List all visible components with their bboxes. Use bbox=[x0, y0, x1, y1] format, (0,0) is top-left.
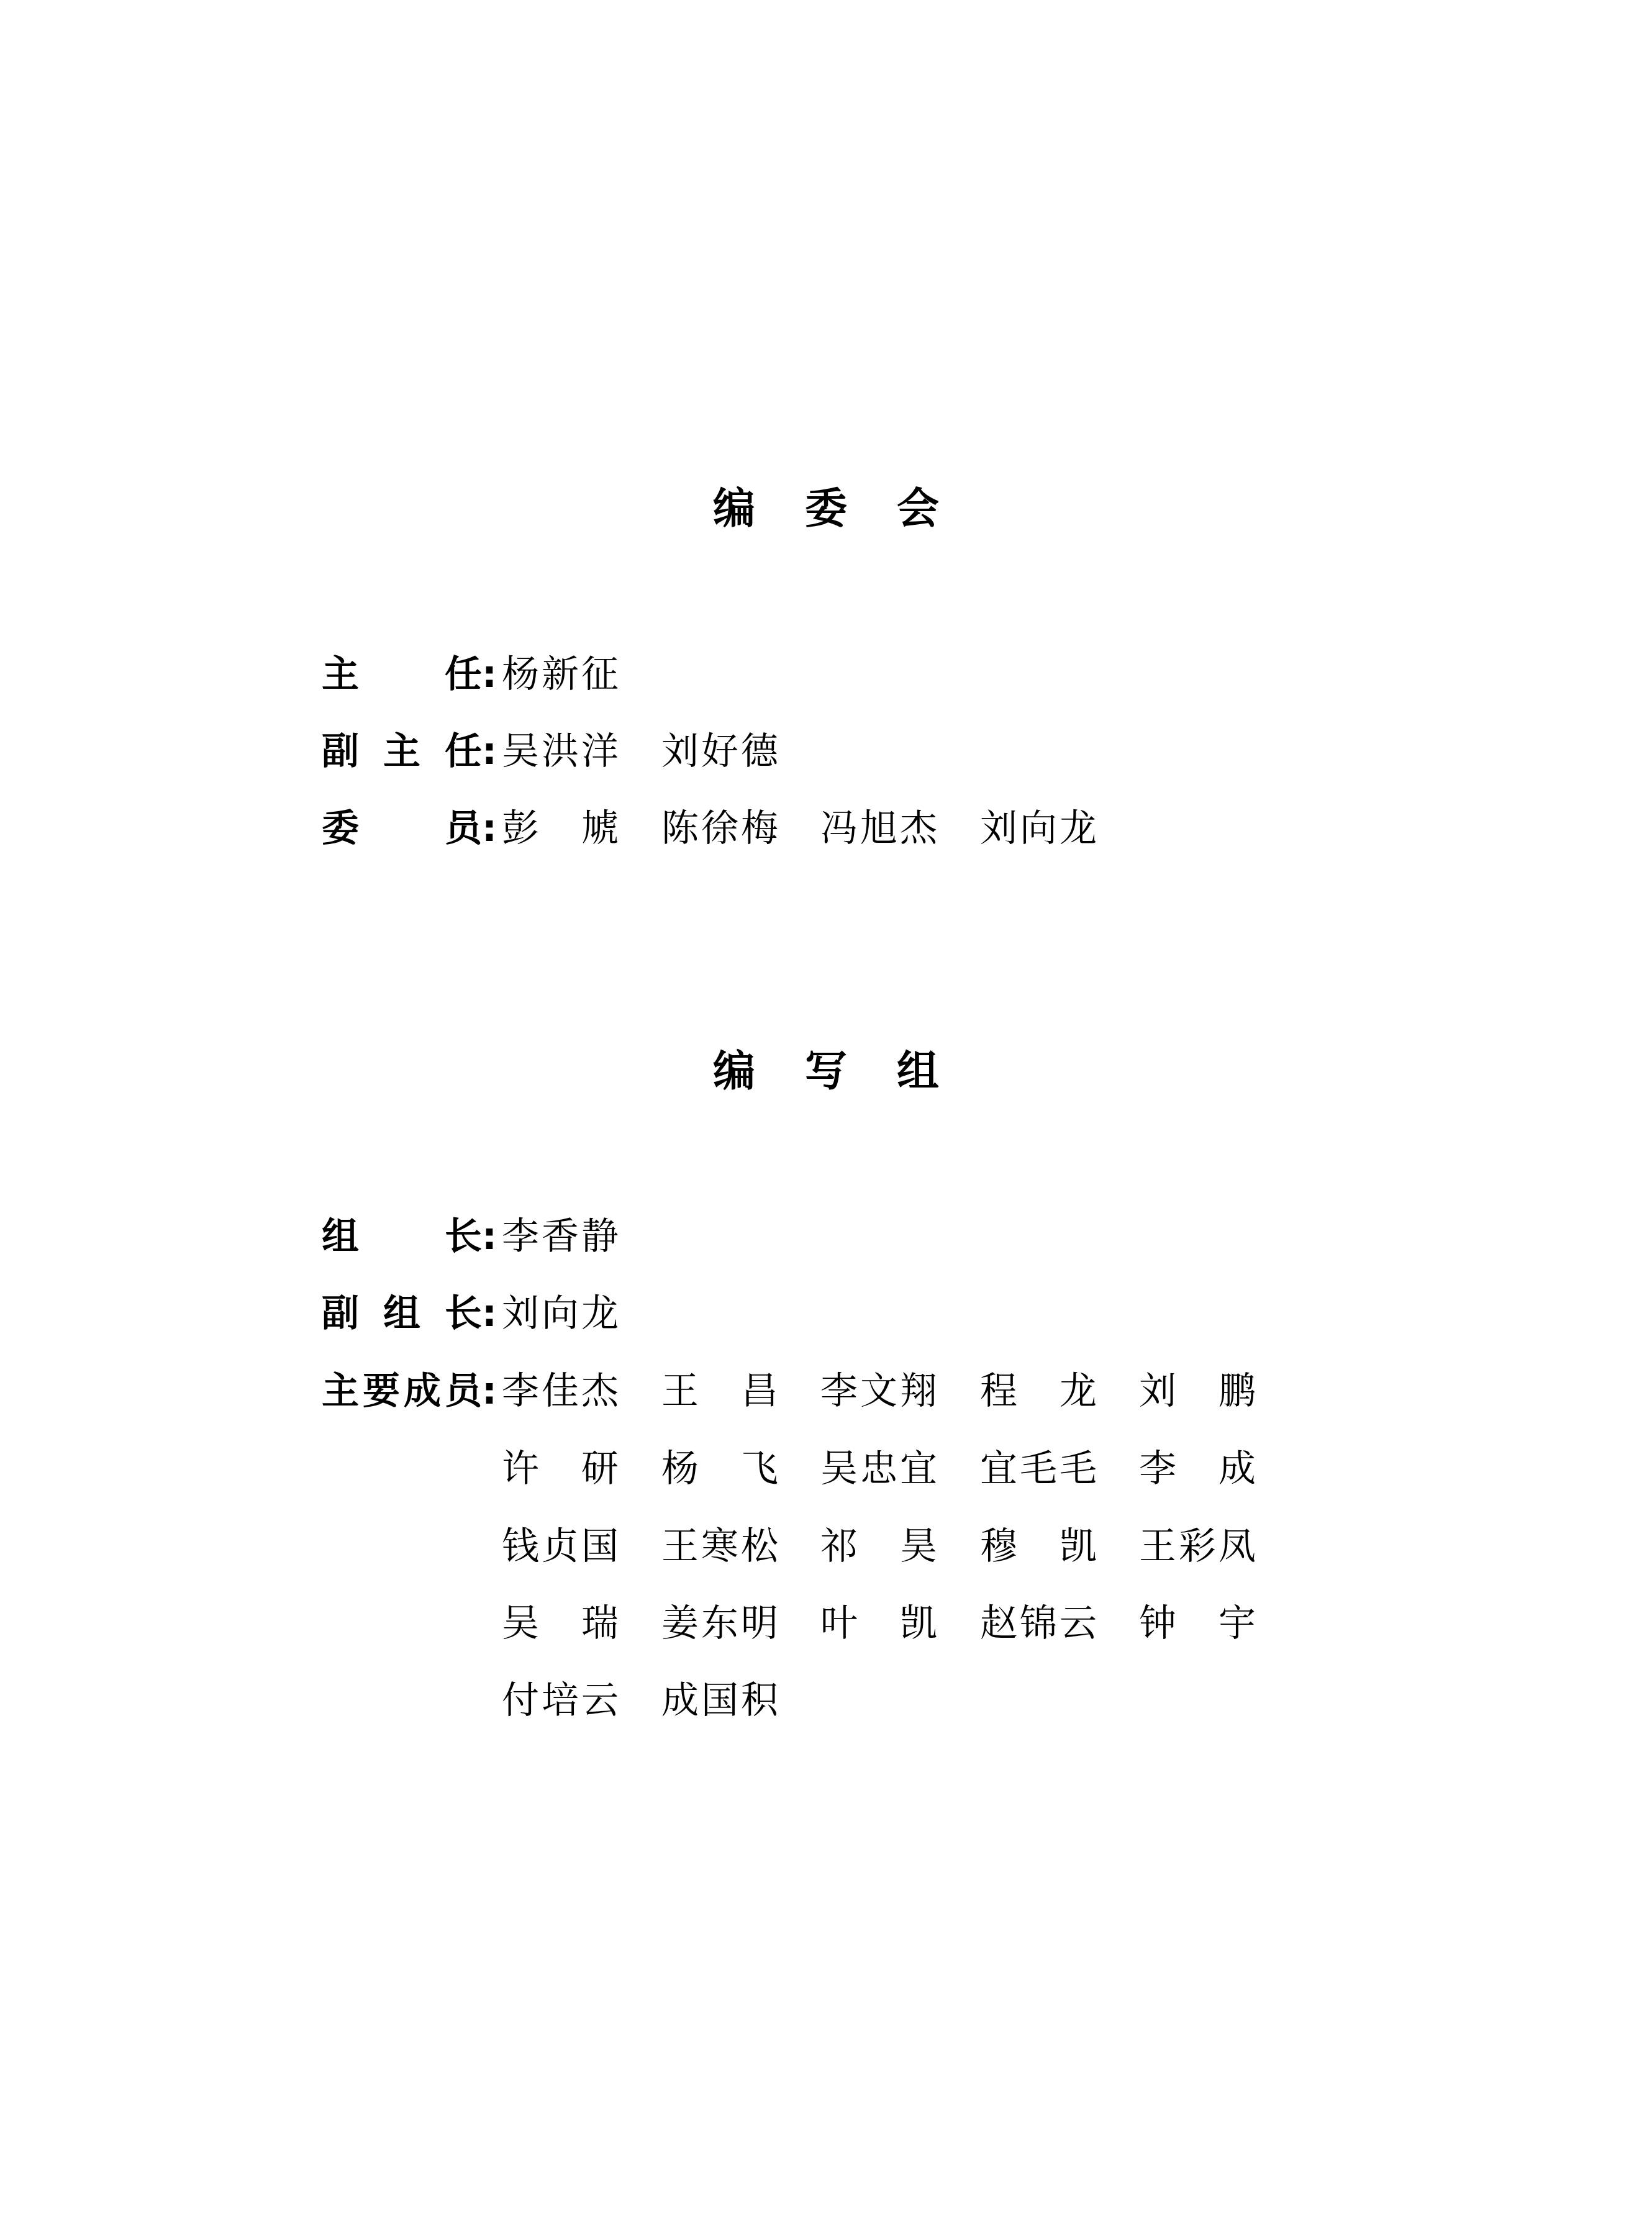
name-char: 杨 bbox=[660, 1446, 700, 1491]
label-char: 要 bbox=[362, 1369, 401, 1414]
person-name: 姜 东 明 bbox=[660, 1601, 779, 1646]
name-char: 昊 bbox=[899, 1524, 938, 1569]
name-char: 松 bbox=[740, 1524, 779, 1569]
name-char: 向 bbox=[1019, 806, 1058, 851]
person-name: 赵 锦 云 bbox=[979, 1601, 1098, 1646]
name-char bbox=[700, 1369, 740, 1414]
label-char: 主 bbox=[383, 729, 421, 774]
name-char bbox=[1178, 1369, 1217, 1414]
name-char: 成 bbox=[660, 1678, 700, 1723]
title-char: 委 bbox=[804, 484, 848, 534]
name-char: 李 bbox=[1138, 1446, 1178, 1491]
person-name: 钟 宇 bbox=[1138, 1601, 1257, 1646]
name-char: 刘 bbox=[660, 729, 700, 774]
name-char: 杰 bbox=[899, 806, 938, 851]
name-char: 许 bbox=[501, 1446, 540, 1491]
name-char bbox=[1178, 1446, 1217, 1491]
person-name: 彭 虓 bbox=[501, 806, 620, 851]
title-char: 组 bbox=[896, 1047, 940, 1097]
person-name: 刘 向 龙 bbox=[979, 806, 1098, 851]
name-char: 洋 bbox=[580, 729, 620, 774]
name-char: 成 bbox=[1217, 1446, 1257, 1491]
name-char: 征 bbox=[580, 652, 620, 697]
title-char: 会 bbox=[896, 484, 940, 534]
label-colon: : bbox=[481, 1214, 497, 1259]
name-char: 赵 bbox=[979, 1601, 1019, 1646]
person-name: 成 国 积 bbox=[660, 1678, 779, 1723]
name-char: 瑞 bbox=[580, 1601, 620, 1646]
person-name: 程 龙 bbox=[979, 1369, 1098, 1414]
name-char: 虓 bbox=[580, 806, 620, 851]
name-char: 佳 bbox=[540, 1369, 580, 1414]
name-char: 梅 bbox=[740, 806, 779, 851]
label-char: 主 bbox=[321, 1369, 360, 1414]
name-char: 李 bbox=[501, 1369, 540, 1414]
name-char: 叶 bbox=[819, 1601, 859, 1646]
name-char: 付 bbox=[501, 1678, 540, 1723]
person-name: 吴 忠 宜 bbox=[819, 1446, 938, 1491]
name-char: 明 bbox=[740, 1601, 779, 1646]
editorial-committee-title: 编委会 bbox=[0, 484, 1652, 534]
role-label: 组 长 bbox=[321, 1214, 483, 1259]
name-char bbox=[1019, 1524, 1058, 1569]
name-char: 杨 bbox=[501, 652, 540, 697]
name-char bbox=[1178, 1601, 1217, 1646]
name-char: 龙 bbox=[580, 1291, 620, 1336]
name-char: 文 bbox=[859, 1369, 899, 1414]
name-char: 宇 bbox=[1217, 1601, 1257, 1646]
name-char: 穆 bbox=[979, 1524, 1019, 1569]
name-char: 吴 bbox=[501, 729, 540, 774]
person-name: 李 成 bbox=[1138, 1446, 1257, 1491]
name-char: 静 bbox=[580, 1214, 620, 1259]
label-char: 组 bbox=[321, 1214, 360, 1259]
name-char: 吴 bbox=[819, 1446, 859, 1491]
person-name: 吴 瑞 bbox=[501, 1601, 620, 1646]
name-char: 飞 bbox=[740, 1446, 779, 1491]
name-char: 刘 bbox=[501, 1291, 540, 1336]
name-char: 李 bbox=[819, 1369, 859, 1414]
person-name: 刘 好 德 bbox=[660, 729, 779, 774]
name-char: 寒 bbox=[700, 1524, 740, 1569]
name-char: 新 bbox=[540, 652, 580, 697]
label-char: 副 bbox=[321, 729, 360, 774]
name-char: 鹏 bbox=[1217, 1369, 1257, 1414]
label-char: 主 bbox=[321, 652, 360, 697]
label-colon: : bbox=[481, 1369, 497, 1414]
name-char: 锦 bbox=[1019, 1601, 1058, 1646]
name-char bbox=[540, 1446, 580, 1491]
name-char: 昌 bbox=[740, 1369, 779, 1414]
label-char: 委 bbox=[321, 806, 360, 851]
label-char: 组 bbox=[383, 1291, 421, 1336]
person-name: 刘 鹏 bbox=[1138, 1369, 1257, 1414]
name-char: 宜 bbox=[899, 1446, 938, 1491]
label-char: 长 bbox=[444, 1214, 483, 1259]
person-name: 冯 旭 杰 bbox=[819, 806, 938, 851]
person-name: 李 文 翔 bbox=[819, 1369, 938, 1414]
name-char: 李 bbox=[501, 1214, 540, 1259]
role-label: 副 组 长 bbox=[321, 1291, 483, 1336]
name-char: 龙 bbox=[1058, 1369, 1098, 1414]
name-char: 凤 bbox=[1217, 1524, 1257, 1569]
name-char: 毛 bbox=[1019, 1446, 1058, 1491]
name-char: 国 bbox=[700, 1678, 740, 1723]
name-char: 杰 bbox=[580, 1369, 620, 1414]
name-char: 冯 bbox=[819, 806, 859, 851]
role-label: 委 员 bbox=[321, 806, 483, 851]
person-name: 李 香 静 bbox=[501, 1214, 620, 1259]
label-char: 副 bbox=[321, 1291, 360, 1336]
title-char: 编 bbox=[712, 1047, 756, 1097]
name-char bbox=[859, 1601, 899, 1646]
name-char: 积 bbox=[740, 1678, 779, 1723]
name-char: 彩 bbox=[1178, 1524, 1217, 1569]
title-char: 写 bbox=[804, 1047, 848, 1097]
name-char: 东 bbox=[700, 1601, 740, 1646]
person-name: 吴 洪 洋 bbox=[501, 729, 620, 774]
role-label: 副 主 任 bbox=[321, 729, 483, 774]
person-name: 宜 毛 毛 bbox=[979, 1446, 1098, 1491]
name-char: 向 bbox=[540, 1291, 580, 1336]
person-name: 钱 贞 国 bbox=[501, 1524, 620, 1569]
writing-group-title: 编写组 bbox=[0, 1047, 1652, 1097]
name-char: 宜 bbox=[979, 1446, 1019, 1491]
name-char: 刘 bbox=[979, 806, 1019, 851]
name-char: 翔 bbox=[899, 1369, 938, 1414]
name-char: 毛 bbox=[1058, 1446, 1098, 1491]
name-char: 彭 bbox=[501, 806, 540, 851]
name-char: 香 bbox=[540, 1214, 580, 1259]
name-char: 陈 bbox=[660, 806, 700, 851]
name-char: 祁 bbox=[819, 1524, 859, 1569]
label-colon: : bbox=[481, 652, 497, 697]
label-char: 任 bbox=[444, 729, 483, 774]
person-name: 杨 新 征 bbox=[501, 652, 620, 697]
name-char: 刘 bbox=[1138, 1369, 1178, 1414]
name-char: 程 bbox=[979, 1369, 1019, 1414]
person-name: 杨 飞 bbox=[660, 1446, 779, 1491]
role-label: 主 任 bbox=[321, 652, 483, 697]
person-name: 王 寒 松 bbox=[660, 1524, 779, 1569]
person-name: 陈 徐 梅 bbox=[660, 806, 779, 851]
name-char: 钱 bbox=[501, 1524, 540, 1569]
name-char: 云 bbox=[580, 1678, 620, 1723]
name-char bbox=[540, 1601, 580, 1646]
name-char: 国 bbox=[580, 1524, 620, 1569]
name-char: 龙 bbox=[1058, 806, 1098, 851]
person-name: 祁 昊 bbox=[819, 1524, 938, 1569]
name-char: 姜 bbox=[660, 1601, 700, 1646]
label-char: 长 bbox=[444, 1291, 483, 1336]
name-char: 吴 bbox=[501, 1601, 540, 1646]
person-name: 李 佳 杰 bbox=[501, 1369, 620, 1414]
person-name: 穆 凯 bbox=[979, 1524, 1098, 1569]
name-char: 徐 bbox=[700, 806, 740, 851]
name-char: 忠 bbox=[859, 1446, 899, 1491]
person-name: 叶 凯 bbox=[819, 1601, 938, 1646]
name-char: 好 bbox=[700, 729, 740, 774]
person-name: 刘 向 龙 bbox=[501, 1291, 620, 1336]
person-name: 王 彩 凤 bbox=[1138, 1524, 1257, 1569]
name-char: 德 bbox=[740, 729, 779, 774]
name-char bbox=[540, 806, 580, 851]
name-char: 培 bbox=[540, 1678, 580, 1723]
label-char: 任 bbox=[444, 652, 483, 697]
label-char: 员 bbox=[444, 1369, 483, 1414]
name-char: 旭 bbox=[859, 806, 899, 851]
label-colon: : bbox=[481, 1291, 497, 1336]
name-char: 云 bbox=[1058, 1601, 1098, 1646]
person-name: 许 研 bbox=[501, 1446, 620, 1491]
name-char bbox=[859, 1524, 899, 1569]
name-char: 王 bbox=[660, 1369, 700, 1414]
title-char: 编 bbox=[712, 484, 756, 534]
person-name: 王 昌 bbox=[660, 1369, 779, 1414]
name-char: 王 bbox=[660, 1524, 700, 1569]
name-char: 凯 bbox=[1058, 1524, 1098, 1569]
person-name: 付 培 云 bbox=[501, 1678, 620, 1723]
label-char: 员 bbox=[444, 806, 483, 851]
name-char: 洪 bbox=[540, 729, 580, 774]
label-char: 成 bbox=[403, 1369, 442, 1414]
name-char: 王 bbox=[1138, 1524, 1178, 1569]
name-char bbox=[1019, 1369, 1058, 1414]
role-label: 主 要 成 员 bbox=[321, 1369, 483, 1414]
name-char: 钟 bbox=[1138, 1601, 1178, 1646]
label-colon: : bbox=[481, 806, 497, 851]
name-char: 贞 bbox=[540, 1524, 580, 1569]
label-colon: : bbox=[481, 729, 497, 774]
name-char: 凯 bbox=[899, 1601, 938, 1646]
name-char bbox=[700, 1446, 740, 1491]
name-char: 研 bbox=[580, 1446, 620, 1491]
